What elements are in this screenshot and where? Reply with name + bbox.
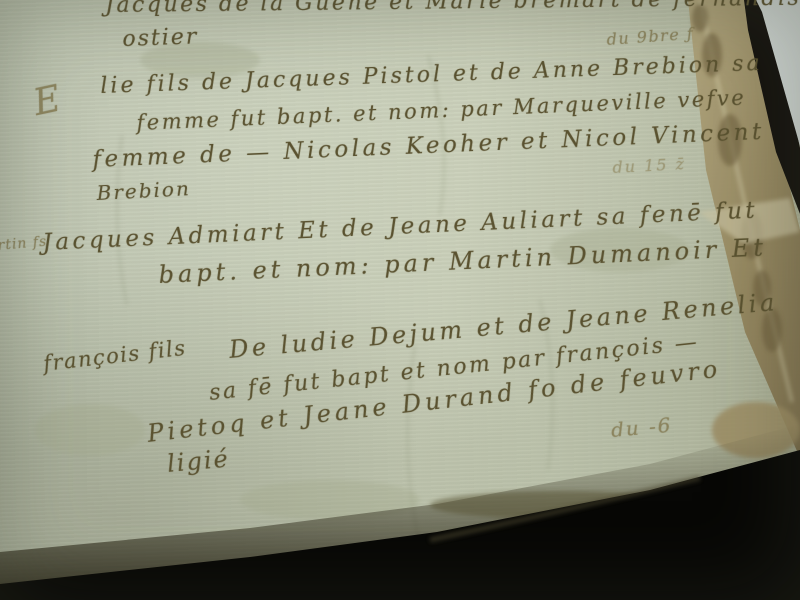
manuscript-line-9: françois fils [42, 336, 188, 376]
date-note-15: du 15 z̄ [612, 154, 686, 177]
manuscript-line-6: Brebion [96, 176, 191, 205]
manuscript-line-13: ligié [166, 445, 231, 478]
torn-corner [712, 402, 800, 458]
register-page-photo: Jacques de la Guêne et Marie bremart de … [0, 0, 800, 600]
manuscript-line-2: ostier [122, 24, 199, 52]
page-bottom-shadow [0, 424, 800, 586]
date-note-6: du -6 [610, 413, 673, 442]
book-cover-edge [744, 0, 800, 214]
date-note-november: du 9bre ƒ [606, 24, 695, 49]
initial-letter-e: E [30, 79, 64, 125]
margin-note: rtin fs [0, 234, 48, 254]
manuscript-line-1: Jacques de la Guêne et Marie bremart de … [105, 0, 800, 18]
bottom-darkness [0, 450, 800, 600]
